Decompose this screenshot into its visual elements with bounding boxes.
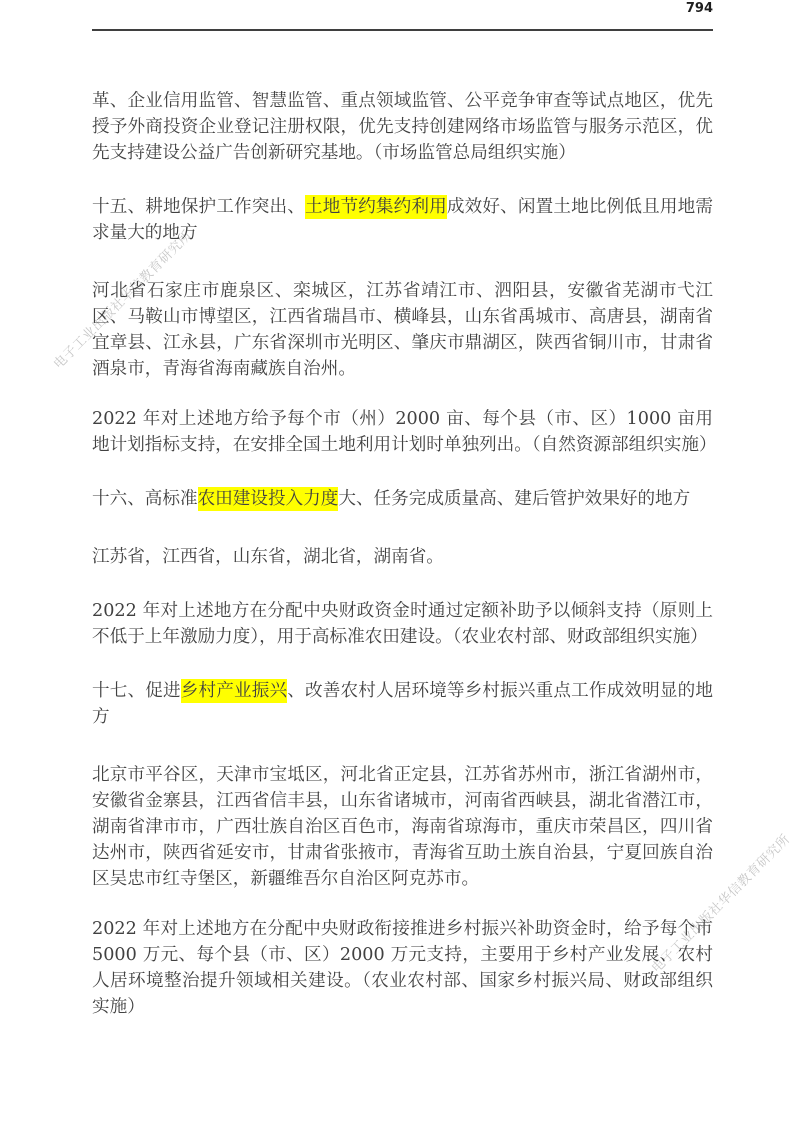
highlighted-text: 农田建设投入力度 xyxy=(198,487,339,511)
highlighted-text: 土地节约集约利用 xyxy=(305,195,447,219)
page-number: 794 xyxy=(92,1,713,16)
paragraph-continuation: 革、企业信用监管、智慧监管、重点领域监管、公平竞争审查等试点地区，优先授予外商投… xyxy=(92,88,713,166)
content-area: 革、企业信用监管、智慧监管、重点领域监管、公平竞争审查等试点地区，优先授予外商投… xyxy=(92,88,713,1020)
section-15-places: 河北省石家庄市鹿泉区、栾城区，江苏省靖江市、泗阳县，安徽省芜湖市弋江区、马鞍山市… xyxy=(92,278,713,382)
section-17-heading: 十七、促进乡村产业振兴、改善农村人居环境等乡村振兴重点工作成效明显的地方 xyxy=(92,678,713,730)
section-15-policy: 2022 年对上述地方给予每个市（州）2000 亩、每个县（市、区）1000 亩… xyxy=(92,406,713,458)
section-17-policy: 2022 年对上述地方在分配中央财政衔接推进乡村振兴补助资金时，给予每个市 50… xyxy=(92,916,713,1020)
section-16-heading: 十六、高标准农田建设投入力度大、任务完成质量高、建后管护效果好的地方 xyxy=(92,486,713,512)
highlighted-text: 乡村产业振兴 xyxy=(181,679,287,703)
heading-text: 十七、促进 xyxy=(92,681,181,701)
header-rule xyxy=(92,29,713,31)
section-16-policy: 2022 年对上述地方在分配中央财政资金时通过定额补助予以倾斜支持（原则上不低于… xyxy=(92,598,713,650)
document-page: 794 电子工业出版社华信教育研究所 电子工业出版社华信教育研究所 革、企业信用… xyxy=(0,0,793,1122)
heading-text: 十五、耕地保护工作突出、 xyxy=(92,197,305,217)
heading-text: 大、任务完成质量高、建后管护效果好的地方 xyxy=(338,489,690,509)
section-17-places: 北京市平谷区，天津市宝坻区，河北省正定县，江苏省苏州市，浙江省湖州市，安徽省金寨… xyxy=(92,762,713,892)
section-16-places: 江苏省，江西省，山东省，湖北省，湖南省。 xyxy=(92,544,713,570)
heading-text: 十六、高标准 xyxy=(92,489,198,509)
section-15-heading: 十五、耕地保护工作突出、土地节约集约利用成效好、闲置土地比例低且用地需求量大的地… xyxy=(92,194,713,246)
